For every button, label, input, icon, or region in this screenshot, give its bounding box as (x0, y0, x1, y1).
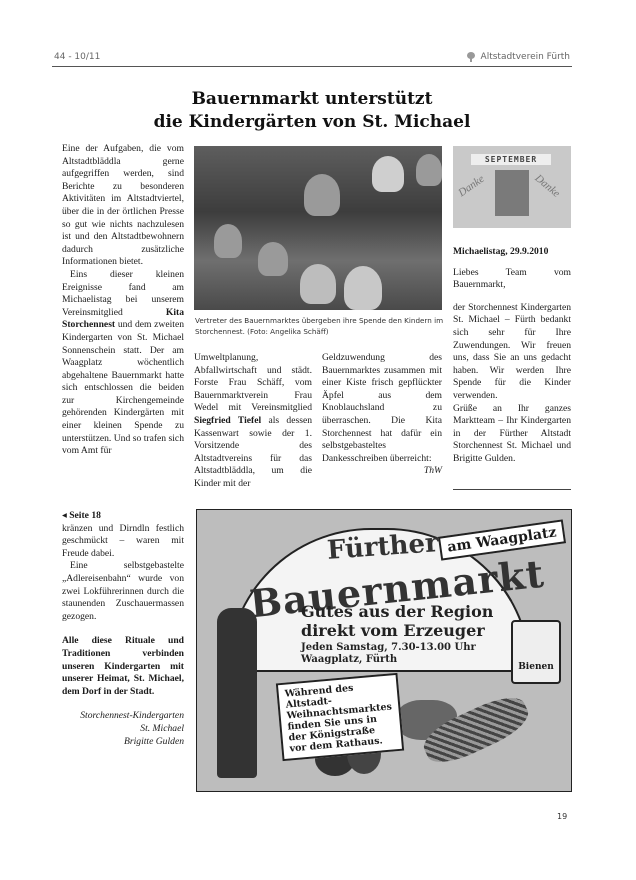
bottle-illustration (217, 608, 257, 778)
ad-hours: Jeden Samstag, 7.30-13.00 Uhr Waagplatz,… (301, 642, 476, 666)
bauernmarkt-advertisement: Fürther Bauernmarkt am Waagplatz Gutes a… (196, 509, 572, 792)
publisher: Altstadtverein Fürth (467, 52, 570, 62)
photo-caption: Vertreter des Bauernmarktes übergeben ih… (195, 315, 445, 337)
card-banner: SEPTEMBER (471, 154, 551, 165)
card-danke-left: Danke (456, 173, 486, 199)
honey-jar-illustration: Bienen (511, 620, 561, 684)
paragraph: Eins dieser kleinen Ereignisse fand am M… (62, 269, 184, 458)
ad-slogan: Gutes aus der Region direkt vom Erzeuger (301, 602, 493, 640)
letter-column: Michaelistag, 29.9.2010 Liebes Team vom … (453, 246, 571, 466)
letter-salutation: Liebes Team vom Bauernmarkt, (453, 267, 571, 292)
publisher-name: Altstadtverein Fürth (481, 52, 570, 62)
article-column-1: Eine der Aufgaben, die vom Altstadtblädd… (62, 143, 184, 458)
page-number: 19 (557, 812, 567, 821)
title-line-1: Bauernmarkt unterstützt (52, 88, 572, 111)
thank-you-card-image: SEPTEMBER Danke Danke (453, 146, 571, 228)
pin-icon (467, 52, 475, 62)
issue-number: 44 - 10/11 (54, 52, 100, 62)
letter-body: der Storchennest Kindergarten St. Michae… (453, 302, 571, 403)
title-line-2: die Kindergärten von St. Michael (52, 111, 572, 134)
letter-date: Michaelistag, 29.9.2010 (453, 246, 571, 259)
article-column-2: Umweltplanung, Abfallwirtschaft und städ… (194, 352, 312, 491)
paragraph: kränzen und Dirndln festlich geschmückt … (62, 523, 184, 561)
section-divider (453, 489, 571, 490)
article-column-3: Geldzuwendung des Bauernmarktes zusammen… (322, 352, 442, 478)
paragraph: Eine selbstgebastelte „Adlereisenbahn“ w… (62, 560, 184, 623)
page-header: 44 - 10/11 Altstadtverein Fürth (52, 50, 572, 67)
author-signature: ThW (322, 465, 442, 478)
paragraph: Geldzuwendung des Bauernmarktes zusammen… (322, 352, 442, 465)
ad-note: Während des Altstadt-Weihnachtsmarktes f… (276, 673, 404, 761)
paragraph: Umweltplanung, Abfallwirtschaft und städ… (194, 352, 312, 491)
page-reference: ◂ Seite 18 (62, 510, 184, 523)
bold-paragraph: Alle diese Rituale und Traditionen verbi… (62, 635, 184, 698)
article-title: Bauernmarkt unterstützt die Kindergärten… (52, 88, 572, 134)
article-photo (194, 146, 442, 310)
signature-line: Storchennest-Kindergarten (62, 710, 184, 723)
signature-line: St. Michael (62, 723, 184, 736)
card-danke-right: Danke (533, 172, 563, 200)
continuation-column: ◂ Seite 18 kränzen und Dirndln festlich … (62, 510, 184, 748)
closing-signature: Storchennest-Kindergarten St. Michael Br… (62, 710, 184, 748)
card-picture (495, 170, 529, 216)
signature-line: Brigitte Gulden (62, 736, 184, 749)
letter-closing: Grüße an Ihr ganzes Marktteam – Ihr Kind… (453, 403, 571, 466)
paragraph: Eine der Aufgaben, die vom Altstadtblädd… (62, 143, 184, 269)
